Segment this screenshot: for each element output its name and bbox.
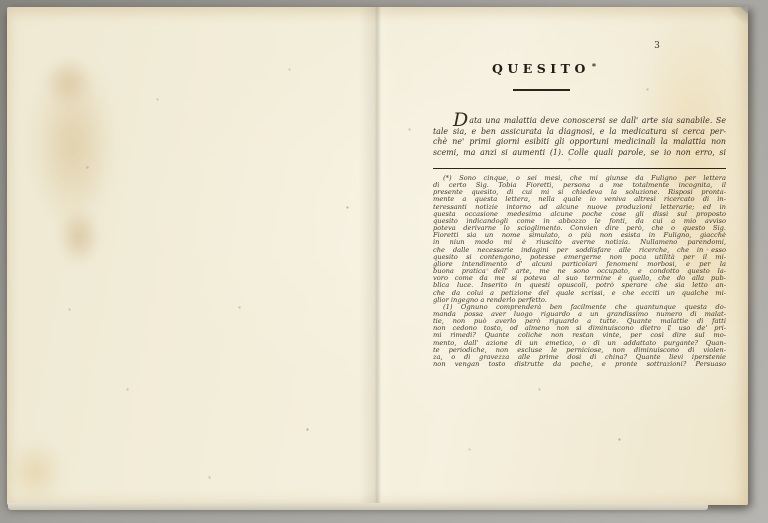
paragraph-line: Data una malattia deve conoscersi se dal… [433, 116, 726, 127]
footnote-line: non vengan tosto distrutte da poche, e p… [433, 361, 726, 368]
dog-ear-corner [726, 7, 748, 27]
foxing-speckles [7, 7, 8, 8]
foxing-stain-left [49, 197, 109, 277]
page-number: 3 [647, 41, 667, 51]
title-footnote-asterisk: * [592, 61, 596, 71]
footnote-block: (*) Sono cinque, o sei mesi, che mi giun… [433, 175, 726, 368]
paragraph-line: tale sia, e ben assicurata la diagnosi, … [433, 127, 726, 138]
footnote-separator [433, 168, 726, 169]
document-spread: 3 QUESITO* Data una malattia deve conosc… [7, 7, 748, 505]
center-fold-crease [359, 7, 395, 505]
drop-cap: D [453, 109, 468, 131]
under-sheet-edge [8, 503, 708, 510]
foxing-stain-top-left [13, 25, 133, 265]
photo-background: { "page": { "number": "3", "title": "QUE… [0, 0, 768, 523]
body-paragraph: Data una malattia deve conoscersi se dal… [433, 116, 726, 158]
page-title: QUESITO* [492, 61, 596, 76]
title-text: QUESITO [492, 61, 590, 76]
paragraph-line: scemi, ma anzi si aumenti (1). Colle qua… [433, 148, 726, 159]
title-rule [513, 89, 570, 91]
paragraph-line: chè ne' primi giorni esibiti gli opportu… [433, 137, 726, 148]
foxing-stain-corner [33, 47, 103, 117]
